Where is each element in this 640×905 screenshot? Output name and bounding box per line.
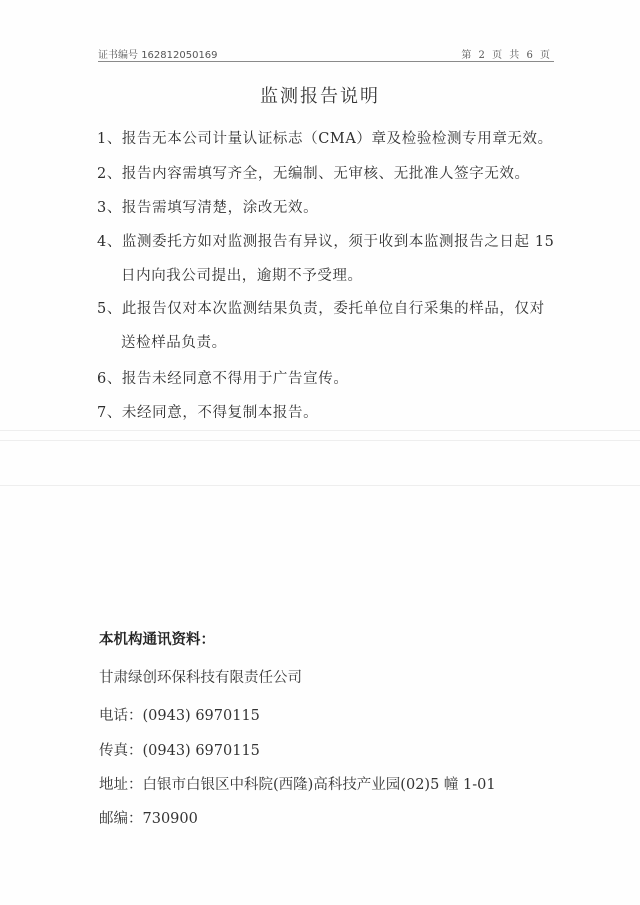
note-item-3: 3、报告需填写清楚，涂改无效。 <box>97 196 318 217</box>
note-item-5: 5、此报告仅对本次监测结果负责，委托单位自行采集的样品，仅对 <box>97 297 545 318</box>
scan-artifact <box>0 485 640 486</box>
note-item-4-continuation: 日内向我公司提出，逾期不予受理。 <box>121 264 363 285</box>
certificate-label: 证书编号 <box>98 50 138 61</box>
note-item-2: 2、报告内容需填写齐全，无编制、无审核、无批准人签字无效。 <box>97 162 530 183</box>
page-title: 监测报告说明 <box>0 82 640 108</box>
note-item-5-continuation: 送检样品负责。 <box>121 331 227 352</box>
phone: 电话：(0943) 6970115 <box>99 704 260 725</box>
note-item-7: 7、未经同意，不得复制本报告。 <box>97 401 318 422</box>
fax: 传真：(0943) 6970115 <box>99 739 260 760</box>
certificate-number: 证书编号 162812050169 <box>98 46 218 61</box>
note-item-1: 1、报告无本公司计量认证标志（CMA）章及检验检测专用章无效。 <box>97 127 553 148</box>
note-item-4: 4、监测委托方如对监测报告有异议，须于收到本监测报告之日起 15 <box>97 230 554 251</box>
report-page: 证书编号 162812050169 第 2 页 共 6 页 监测报告说明 1、报… <box>0 0 640 905</box>
address: 地址：白银市白银区中科院(西隆)高科技产业园(02)5 幢 1-01 <box>99 773 496 794</box>
page-header: 证书编号 162812050169 第 2 页 共 6 页 <box>98 45 554 62</box>
postcode: 邮编：730900 <box>99 807 198 828</box>
certificate-value: 162812050169 <box>141 50 217 61</box>
scan-artifact <box>0 430 640 431</box>
note-item-6: 6、报告未经同意不得用于广告宣传。 <box>97 367 348 388</box>
scan-artifact <box>0 440 640 441</box>
page-indicator: 第 2 页 共 6 页 <box>461 46 552 61</box>
company-name: 甘肃绿创环保科技有限责任公司 <box>99 666 302 687</box>
contact-heading: 本机构通讯资料： <box>99 628 215 649</box>
